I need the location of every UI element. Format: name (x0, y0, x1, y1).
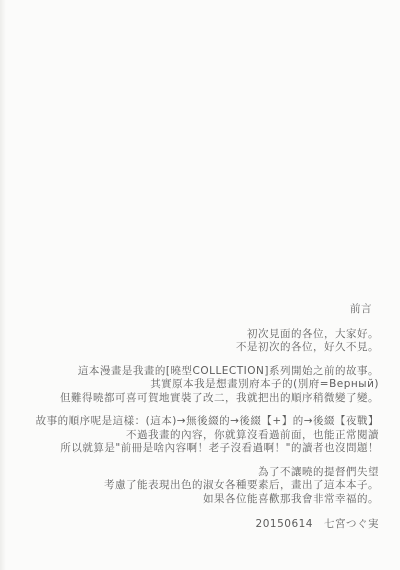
foreword-line: 但難得曉都可喜可賀地實裝了改二，我就把出的順序稍微變了變。 (36, 392, 379, 406)
foreword-line: 如果各位能喜歡那我會非常幸福的。 (36, 493, 379, 507)
foreword-line: 其實原本我是想畫別府本子的(別府=Верный) (36, 378, 379, 392)
foreword-line: 這本漫畫是我畫的[曉型COLLECTION]系列開始之前的故事。 (36, 365, 379, 379)
paragraph-series-intro: 這本漫畫是我畫的[曉型COLLECTION]系列開始之前的故事。 其實原本我是想… (36, 365, 379, 406)
date-and-author-signature: 20150614 七宮つぐ実 (36, 518, 379, 532)
scanned-foreword-page: 前言 初次見面的各位，大家好。 不是初次的各位，好久不見。 這本漫畫是我畫的[曉… (0, 0, 400, 570)
foreword-line: 考慮了能表現出色的淑女各種要素后，畫出了這本本子。 (36, 479, 379, 493)
foreword-line: 不是初次的各位，好久不見。 (36, 341, 379, 355)
paragraph-greeting: 初次見面的各位，大家好。 不是初次的各位，好久不見。 (36, 328, 379, 355)
foreword-line: 所以就算是"前冊是啥內容啊！老子沒看過啊！"的讀者也沒問題！ (36, 442, 379, 456)
foreword-line: 初次見面的各位，大家好。 (36, 328, 379, 342)
foreword-line: 故事的順序呢是這樣：(這本)→無後綴的→後綴【+】的→後綴【夜戰】 (36, 415, 379, 429)
paragraph-closing: 為了不讓曉的提督們失望 考慮了能表現出色的淑女各種要素后，畫出了這本本子。 如果… (36, 466, 379, 507)
page-title: 前言 (36, 303, 372, 317)
paragraph-story-order: 故事的順序呢是這樣：(這本)→無後綴的→後綴【+】的→後綴【夜戰】 不過我畫的內… (36, 415, 379, 456)
foreword-line: 為了不讓曉的提督們失望 (36, 466, 379, 480)
foreword-text-block: 前言 初次見面的各位，大家好。 不是初次的各位，好久不見。 這本漫畫是我畫的[曉… (36, 303, 379, 532)
scan-edge-shadow (0, 0, 6, 570)
foreword-line: 不過我畫的內容，你就算沒看過前面，也能正常閱讀 (36, 429, 379, 443)
